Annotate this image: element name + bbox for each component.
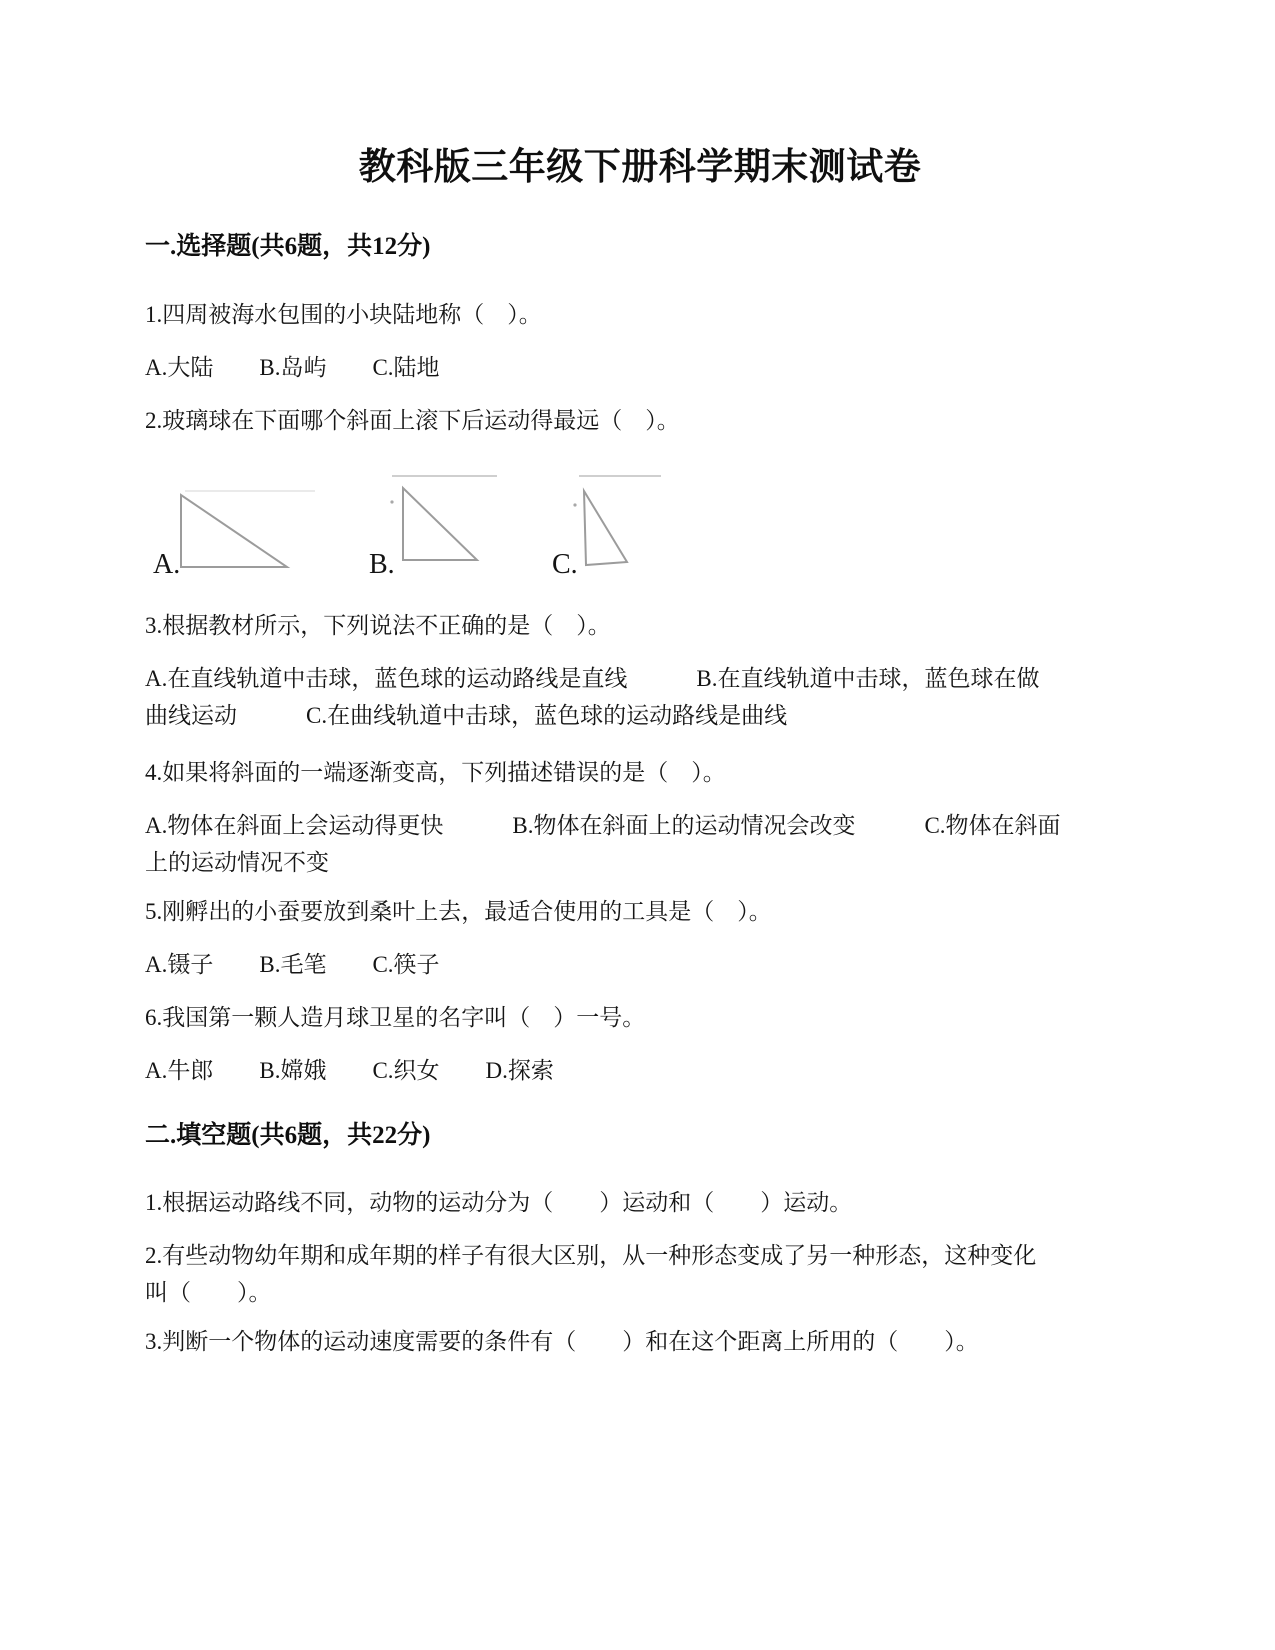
s1-q1-text: 1.四周被海水包围的小块陆地称（ ）。 [145,296,1135,333]
s1-q2-text: 2.玻璃球在下面哪个斜面上滚下后运动得最远（ ）。 [145,402,1135,439]
s1-q3-options-line1: A.在直线轨道中击球，蓝色球的运动路线是直线 B.在直线轨道中击球，蓝色球在做 [145,660,1135,697]
exam-paper-page: 教科版三年级下册科学期末测试卷 一.选择题(共6题，共12分) 1.四周被海水包… [0,0,1275,1650]
s1-q5-text: 5.刚孵出的小蚕要放到桑叶上去，最适合使用的工具是（ ）。 [145,893,1135,930]
s1-q6-text: 6.我国第一颗人造月球卫星的名字叫（ ）一号。 [145,999,1135,1036]
incline-triangle-c [584,491,627,565]
s1-q4-text: 4.如果将斜面的一端逐渐变高，下列描述错误的是（ ）。 [145,754,1135,791]
s1-q3-options-line2: 曲线运动 C.在曲线轨道中击球，蓝色球的运动路线是曲线 [145,697,1135,734]
s2-q1-text: 1.根据运动路线不同，动物的运动分为（ ）运动和（ ）运动。 [145,1184,1135,1221]
figure-label-b: B. [369,549,395,577]
s1-q4-options-line2: 上的运动情况不变 [145,844,1135,881]
figure-label-c: C. [552,549,578,577]
figure-label-a: A. [153,549,180,577]
s2-q3-text: 3.判断一个物体的运动速度需要的条件有（ ）和在这个距离上所用的（ ）。 [145,1323,1135,1360]
page-title: 教科版三年级下册科学期末测试卷 [145,146,1135,190]
s1-q2-incline-figure: A. B. C. [145,457,1135,577]
incline-figure-svg: A. B. C. [145,457,1135,577]
s1-q6-options: A.牛郎 B.嫦娥 C.织女 D.探索 [145,1052,1135,1089]
scan-speck-c [573,503,576,506]
incline-triangle-a [181,495,287,567]
s2-q2-line2: 叫（ ）。 [145,1274,1135,1311]
s1-q3-text: 3.根据教材所示，下列说法不正确的是（ ）。 [145,607,1135,644]
s1-q5-options: A.镊子 B.毛笔 C.筷子 [145,946,1135,983]
s1-q4-options-line1: A.物体在斜面上会运动得更快 B.物体在斜面上的运动情况会改变 C.物体在斜面 [145,807,1135,844]
scan-speck-b [390,500,393,503]
s1-q1-options: A.大陆 B.岛屿 C.陆地 [145,349,1135,386]
incline-triangle-b [403,488,477,560]
section2-heading: 二.填空题(共6题，共22分) [145,1117,1135,1154]
section1-heading: 一.选择题(共6题，共12分) [145,228,1135,265]
s2-q2-line1: 2.有些动物幼年期和成年期的样子有很大区别，从一种形态变成了另一种形态，这种变化 [145,1237,1135,1274]
